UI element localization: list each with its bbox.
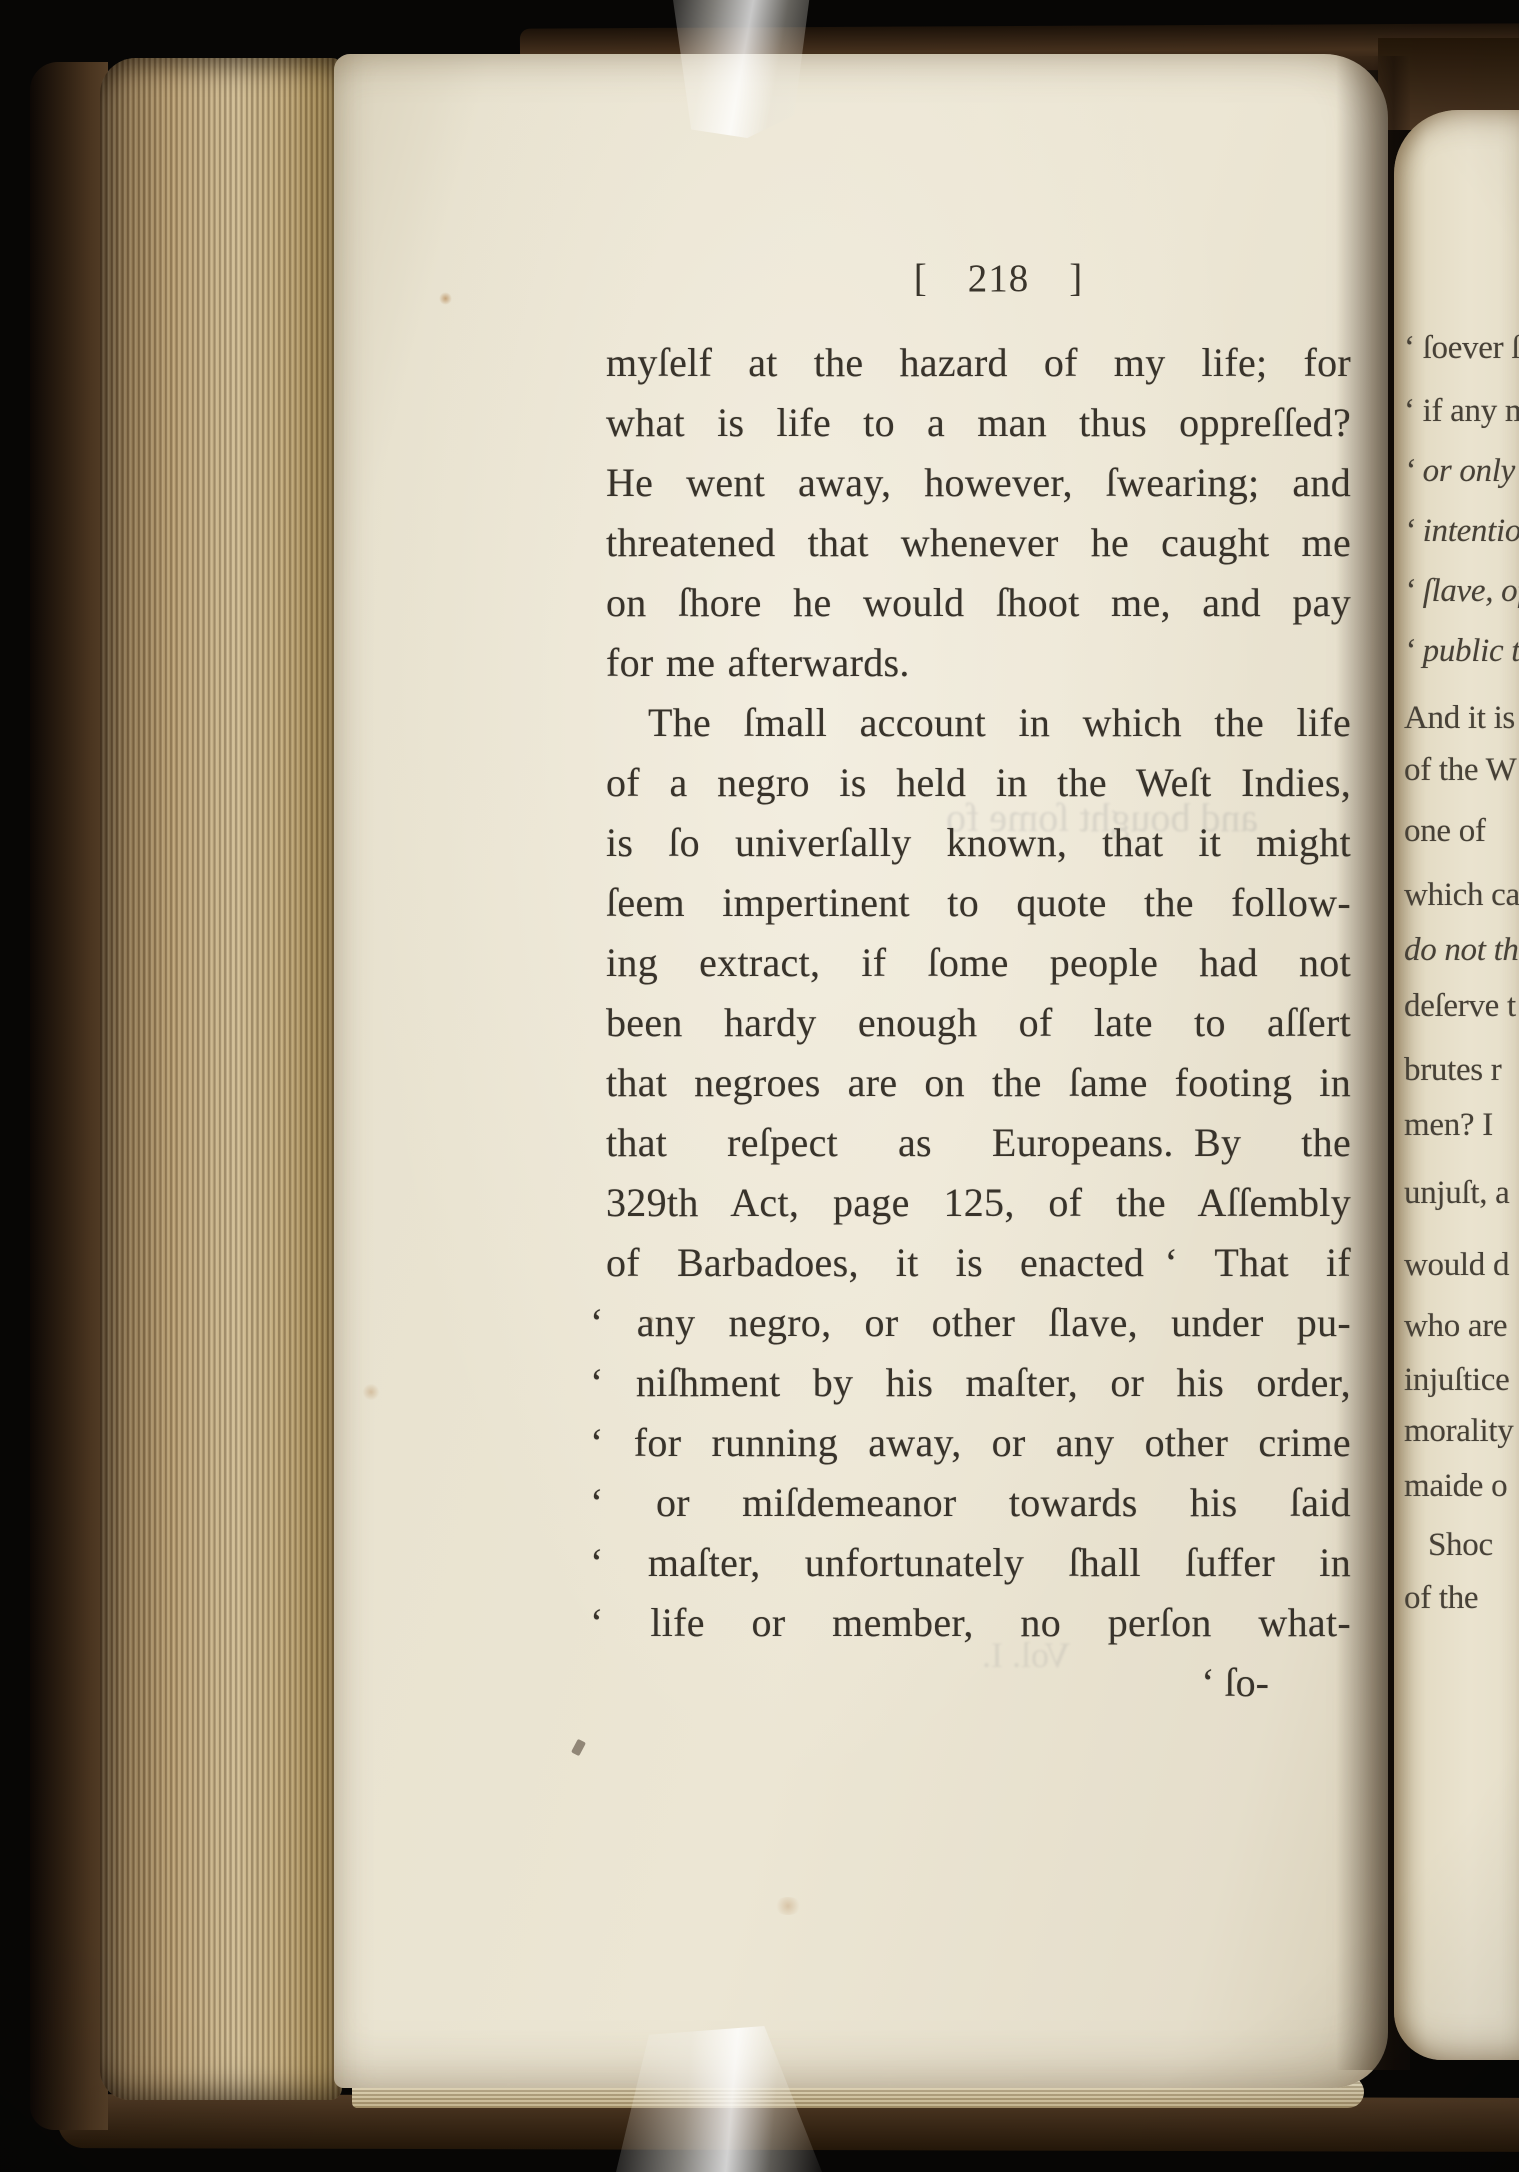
- facing-page-text-fragment: brutes r: [1404, 1052, 1502, 1089]
- text-line: on ſhore he would ſhoot me, and pay: [606, 573, 1351, 633]
- facing-page-text-fragment: do not th: [1404, 932, 1519, 969]
- text-line: ‘ life or member, no perſon what-: [606, 1593, 1351, 1653]
- facing-page-text-fragment: unjuſt, a: [1404, 1175, 1509, 1212]
- text-line: that negroes are on the ſame footing in: [606, 1053, 1351, 1113]
- text-line: 329th Act, page 125, of the Aſſembly: [606, 1173, 1351, 1233]
- facing-page-text-fragment: ‘ or only: [1404, 453, 1515, 490]
- text-line: He went away, however, ſwearing; and: [606, 453, 1351, 513]
- text-line: ‘ maſter, unfortunately ſhall ſuffer in: [606, 1533, 1351, 1593]
- text-line: threatened that whenever he caught me: [606, 513, 1351, 573]
- foxing-spot: [362, 1384, 380, 1400]
- text-line: of a negro is held in the Weſt Indies,: [606, 753, 1351, 813]
- foxing-spot: [439, 292, 452, 305]
- text-line: myſelf at the hazard of my life; for: [606, 333, 1351, 393]
- page-number: [ 218 ]: [626, 256, 1371, 301]
- text-line: ing extract, if ſome people had not: [606, 933, 1351, 993]
- ink-speck: [571, 1739, 586, 1756]
- text-line: ‘ niſhment by his maſter, or his order,: [606, 1353, 1351, 1413]
- text-line: that reſpect as Europeans. By the: [606, 1113, 1351, 1173]
- text-line: is ſo univerſally known, that it might: [606, 813, 1351, 873]
- book-cover-left: [30, 62, 108, 2130]
- facing-page-text-fragment: of the W: [1404, 752, 1516, 789]
- facing-page-text-fragment: injuſtice: [1404, 1362, 1509, 1399]
- facing-page-text-fragment: which ca: [1404, 877, 1519, 914]
- page-edge-stack: [100, 58, 342, 2100]
- facing-page-text-fragment: morality: [1404, 1413, 1513, 1450]
- text-line: ‘ for running away, or any other crime: [606, 1413, 1351, 1473]
- facing-page-text-fragment: deſerve t: [1404, 988, 1516, 1025]
- facing-page-text-fragment: maide o: [1404, 1468, 1507, 1505]
- text-line: ‘ any negro, or other ſlave, under pu-: [606, 1293, 1351, 1353]
- text-line: The ſmall account in which the life: [606, 693, 1351, 753]
- text-line: been hardy enough of late to aſſert: [606, 993, 1351, 1053]
- facing-page-text-fragment: of the: [1404, 1580, 1478, 1617]
- facing-page-text-fragment: Shoc: [1428, 1527, 1493, 1564]
- text-line: ſeem impertinent to quote the follow-: [606, 873, 1351, 933]
- facing-page-text-fragment: ‘ if any m: [1404, 393, 1519, 430]
- text-line: of Barbadoes, it is enacted ‘ That if: [606, 1233, 1351, 1293]
- text-line: what is life to a man thus oppreſſed?: [606, 393, 1351, 453]
- facing-page-text-fragment: ‘ intention,: [1404, 513, 1519, 550]
- text-line: for me afterwards.: [606, 633, 1351, 693]
- facing-page-text-fragment: ‘ ſlave, of: [1404, 573, 1519, 610]
- catchword: ‘ ſo-: [606, 1653, 1269, 1713]
- facing-page-text-fragment: And it is: [1404, 700, 1515, 737]
- text-line: ‘ or miſdemeanor towards his ſaid: [606, 1473, 1351, 1533]
- facing-page-text-fragment: ‘ public tr: [1404, 633, 1519, 670]
- facing-page-text-fragment: men? I: [1404, 1107, 1493, 1144]
- facing-page-text-fragment: would d: [1404, 1247, 1509, 1284]
- facing-page-text-fragment: ‘ ſoever ſh: [1404, 330, 1519, 367]
- photo-scene: [ 218 ] and bought ſome fo Vol. I. myſel…: [0, 0, 1519, 2172]
- body-text: myſelf at the hazard of my life; forwhat…: [606, 333, 1351, 1653]
- book-page: [ 218 ] and bought ſome fo Vol. I. myſel…: [334, 54, 1388, 2088]
- facing-page-text-fragment: one of: [1404, 813, 1486, 850]
- facing-page-text-fragment: who are: [1404, 1308, 1507, 1345]
- facing-page-column: ‘ ſoever ſh‘ if any m‘ or only‘ intentio…: [1394, 110, 1519, 2060]
- foxing-spot: [774, 1897, 802, 1915]
